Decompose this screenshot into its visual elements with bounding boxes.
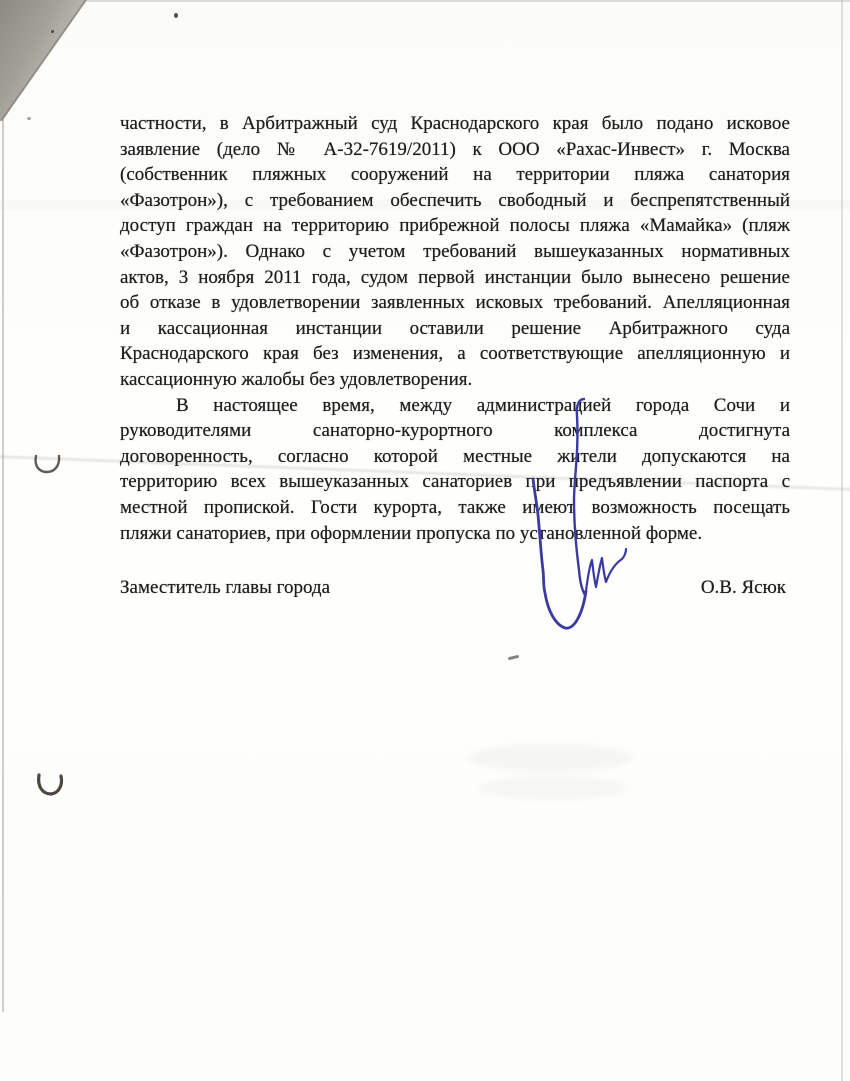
text-line: об отказе в удовлетворении заявленных ис… <box>120 290 790 316</box>
paper-right-edge <box>841 0 843 1081</box>
pencil-mark <box>508 655 519 661</box>
signatory-name: О.В. Ясюк <box>701 577 786 599</box>
paragraph-court-case: частности, в Арбитражный суд Краснодарск… <box>120 111 790 393</box>
text-line: договоренность, согласно которой местные… <box>120 444 790 470</box>
ink-ghost-smudge <box>468 744 633 772</box>
text-line: В настоящее время, между администрацией … <box>120 393 790 419</box>
ink-ghost-smudge <box>478 776 628 800</box>
signatory-title: Заместитель главы города <box>120 577 330 599</box>
text-line: актов, 3 ноября 2011 года, судом первой … <box>120 265 790 291</box>
text-line: и кассационная инстанции оставили решени… <box>120 316 790 342</box>
text-line: «Фазотрон»). Однако с учетом требований … <box>120 239 790 265</box>
text-line: Краснодарского края без изменения, а соо… <box>120 341 790 367</box>
text-line: (собственник пляжных сооружений на терри… <box>120 162 790 188</box>
text-line: заявление (дело № А-32-7619/2011) к ООО … <box>120 137 790 163</box>
text-line: «Фазотрон»), с требованием обеспечить св… <box>120 188 790 214</box>
paragraph-current-agreement: В настоящее время, между администрацией … <box>120 393 790 547</box>
signature-block: Заместитель главы города О.В. Ясюк <box>120 577 786 599</box>
text-line: пляжи санаториев, при оформлении пропуск… <box>120 521 790 547</box>
letter-body: частности, в Арбитражный суд Краснодарск… <box>120 111 790 546</box>
text-line: частности, в Арбитражный суд Краснодарск… <box>120 111 790 137</box>
punch-hole-bottom-arc <box>39 775 62 794</box>
text-line: руководителями санаторно-курортного комп… <box>120 418 790 444</box>
scan-speck <box>27 117 31 120</box>
text-line: кассационную жалобы без удовлетворения. <box>120 367 790 393</box>
scanned-letter-page: частности, в Арбитражный суд Краснодарск… <box>0 0 850 1081</box>
text-line: местной пропиской. Гости курорта, также … <box>120 495 790 521</box>
scan-top-edge-shadow <box>0 0 850 2</box>
text-line: доступ граждан на территорию прибрежной … <box>120 213 790 239</box>
text-line: территорию всех вышеуказанных санаториев… <box>120 469 790 495</box>
scan-speck <box>174 13 178 18</box>
scan-speck <box>51 30 54 33</box>
paper-left-edge-crease <box>2 112 4 1012</box>
folded-corner <box>0 0 95 130</box>
